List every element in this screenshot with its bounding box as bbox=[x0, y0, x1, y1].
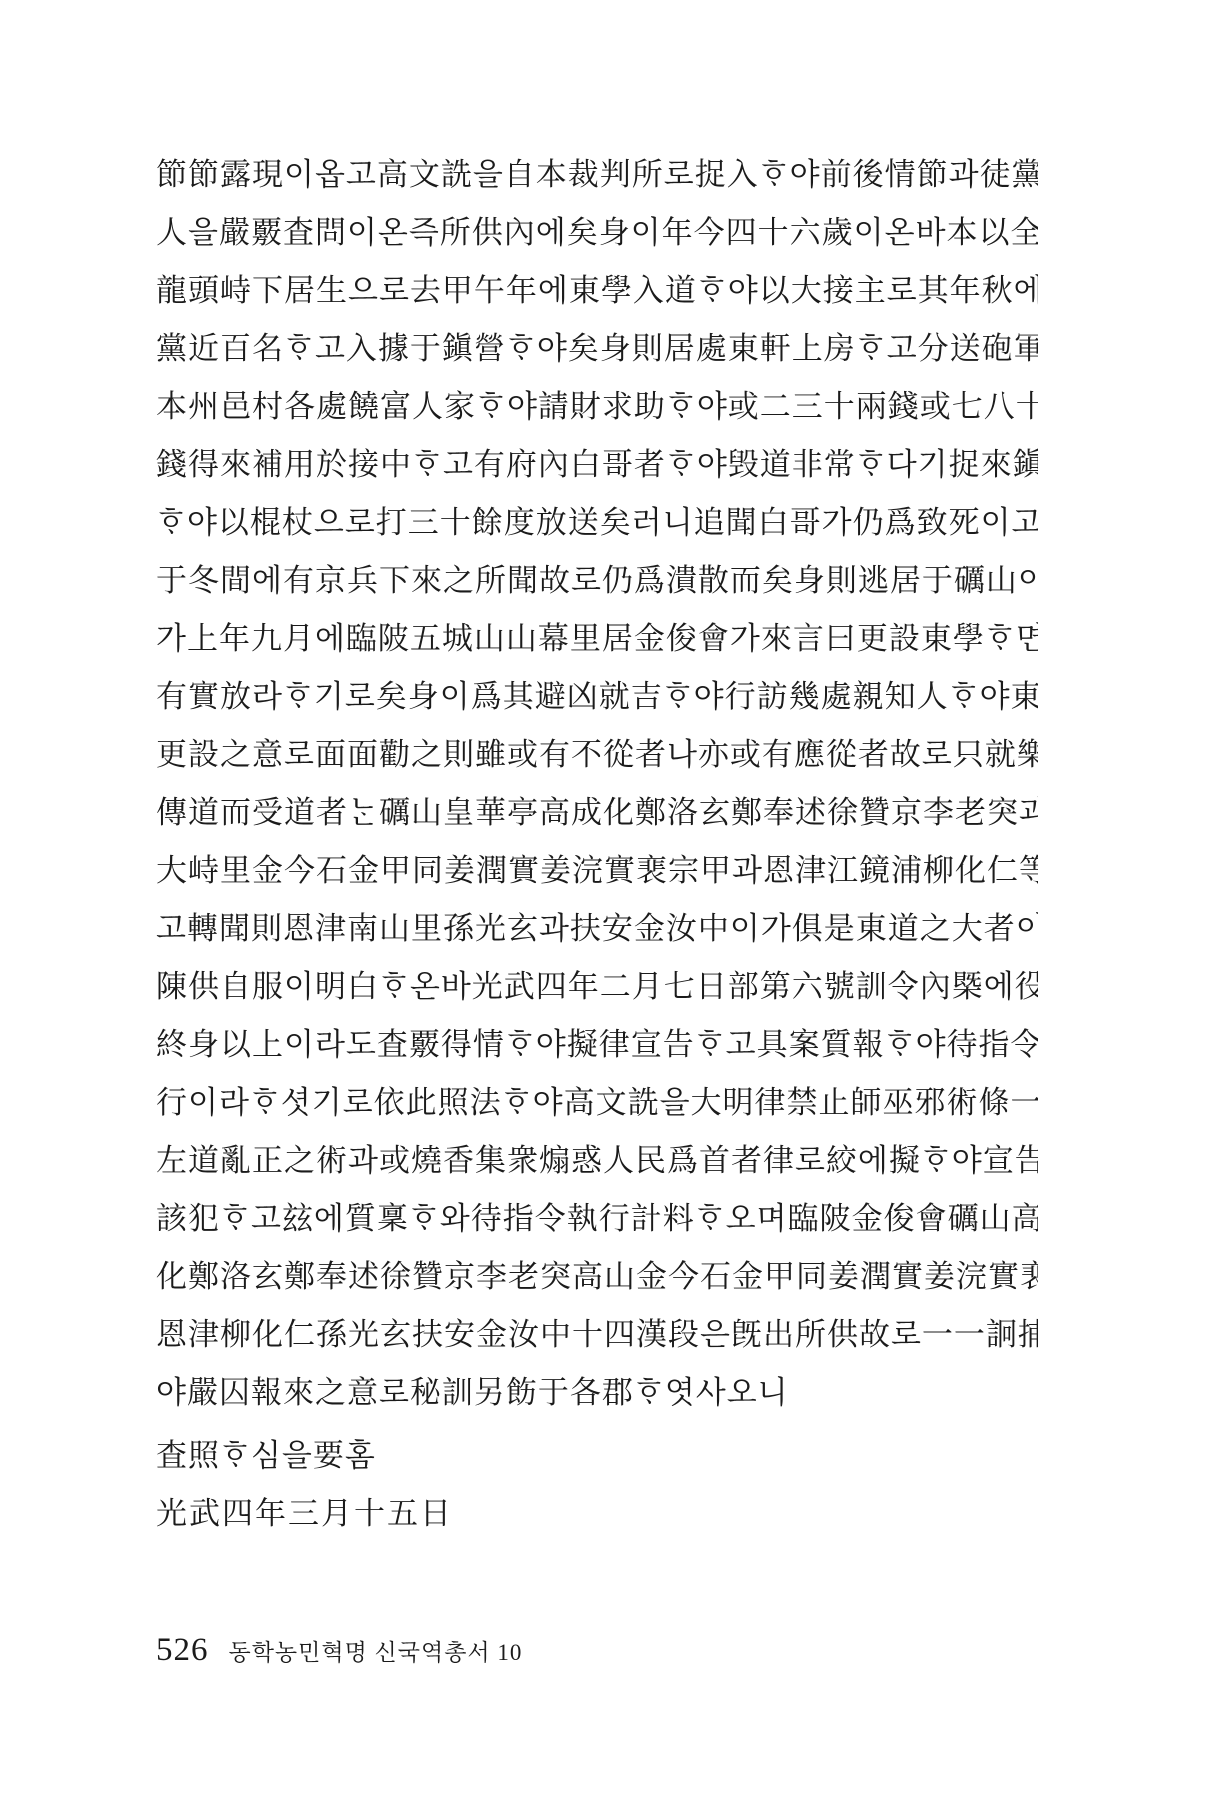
body-text-line: 黨近百名ᄒᆞ고入據于鎭營ᄒᆞ야矣身則居處東軒上房ᄒᆞ고分送砲軍於 bbox=[156, 320, 1038, 378]
body-text-line: 錢得來補用於接中ᄒᆞ고有府內白哥者ᄒᆞ야毁道非常ᄒᆞ다기捉來鎭庭 bbox=[156, 436, 1038, 494]
body-text-line: 本州邑村各處饒富人家ᄒᆞ야請財求助ᄒᆞ야或二三十兩錢或七八十兩 bbox=[156, 378, 1038, 436]
body-text-line: 該犯ᄒᆞ고玆에質稟ᄒᆞ와待指令執行計料ᄒᆞ오며臨陂金俊會礪山高成 bbox=[156, 1190, 1038, 1248]
body-text-line: 陳供自服이明白ᄒᆞ온바光武四年二月七日部第六號訓令內槩에役刑 bbox=[156, 958, 1038, 1016]
body-text-line: 恩津柳化仁孫光玄扶安金汝中十四漢段은旣出所供故로一一詗捕ᄒᆞ bbox=[156, 1306, 1038, 1364]
body-text: 節節露現이옵고高文詵을自本裁判所로捉入ᄒᆞ야前後情節과徒黨幾人을嚴覈査問이온즉所… bbox=[156, 146, 1038, 1422]
closing-line: 査照ᄒᆞ심을要홈 bbox=[156, 1427, 376, 1485]
body-text-line: 龍頭峙下居生으로去甲午年에東學入道ᄒᆞ야以大接主로其年秋에率 bbox=[156, 262, 1038, 320]
body-text-line: 左道亂正之術과或燒香集衆煽惑人民爲首者律로絞에擬ᄒᆞ야宣告于 bbox=[156, 1132, 1038, 1190]
date-line: 光武四年三月十五日 bbox=[156, 1485, 453, 1543]
body-text-line: 化鄭洛玄鄭奉述徐贊京李老突高山金今石金甲同姜潤實姜浣實裵宗甲 bbox=[156, 1248, 1038, 1306]
body-text-line: 行이라ᄒᆞ셧기로依此照法ᄒᆞ야高文詵을大明律禁止師巫邪術條一應 bbox=[156, 1074, 1038, 1132]
body-text-line: 야嚴囚報來之意로秘訓另飭于各郡ᄒᆞ엿사오니 bbox=[156, 1364, 1038, 1422]
body-text-line: 大峙里金今石金甲同姜潤實姜浣實裵宗甲과恩津江鏡浦柳化仁等이옵 bbox=[156, 842, 1038, 900]
body-text-line: 節節露現이옵고高文詵을自本裁判所로捉入ᄒᆞ야前後情節과徒黨幾 bbox=[156, 146, 1038, 204]
body-text-line: 終身以上이라도査覈得情ᄒᆞ야擬律宣告ᄒᆞ고具案質報ᄒᆞ야待指令執 bbox=[156, 1016, 1038, 1074]
body-text-line: 更設之意로面面勸之則雖或有不從者나亦或有應從者故로只就樂從者 bbox=[156, 726, 1038, 784]
page-number: 526 bbox=[156, 1632, 209, 1668]
body-text-line: 가上年九月에臨陂五城山山幕里居金俊會가來言曰更設東學ᄒᆞ면見 bbox=[156, 610, 1038, 668]
page-footer: 526 동학농민혁명 신국역총서 10 bbox=[156, 1628, 522, 1672]
body-text-line: 傳道而受道者ᄂᆞᆫ礪山皇華亭高成化鄭洛玄鄭奉述徐贊京李老突과高山 bbox=[156, 784, 1038, 842]
body-text-line: 有實放라ᄒᆞ기로矣身이爲其避凶就吉ᄒᆞ야行訪幾處親知人ᄒᆞ야東學 bbox=[156, 668, 1038, 726]
body-text-line: 고轉聞則恩津南山里孫光玄과扶安金汝中이가俱是東道之大者이다 bbox=[156, 900, 1038, 958]
document-page: 節節露現이옵고高文詵을自本裁判所로捉入ᄒᆞ야前後情節과徒黨幾人을嚴覈査問이온즉所… bbox=[0, 0, 1220, 1812]
body-text-line: ᄒᆞ야以棍杖으로打三十餘度放送矣러니追聞白哥가仍爲致死이고至 bbox=[156, 494, 1038, 552]
body-text-line: 人을嚴覈査問이온즉所供內에矣身이年今四十六歲이온바本以全州 bbox=[156, 204, 1038, 262]
book-title: 동학농민혁명 신국역총서 10 bbox=[229, 1640, 523, 1665]
body-text-line: 于冬間에有京兵下來之所聞故로仍爲潰散而矣身則逃居于礪山이다 bbox=[156, 552, 1038, 610]
